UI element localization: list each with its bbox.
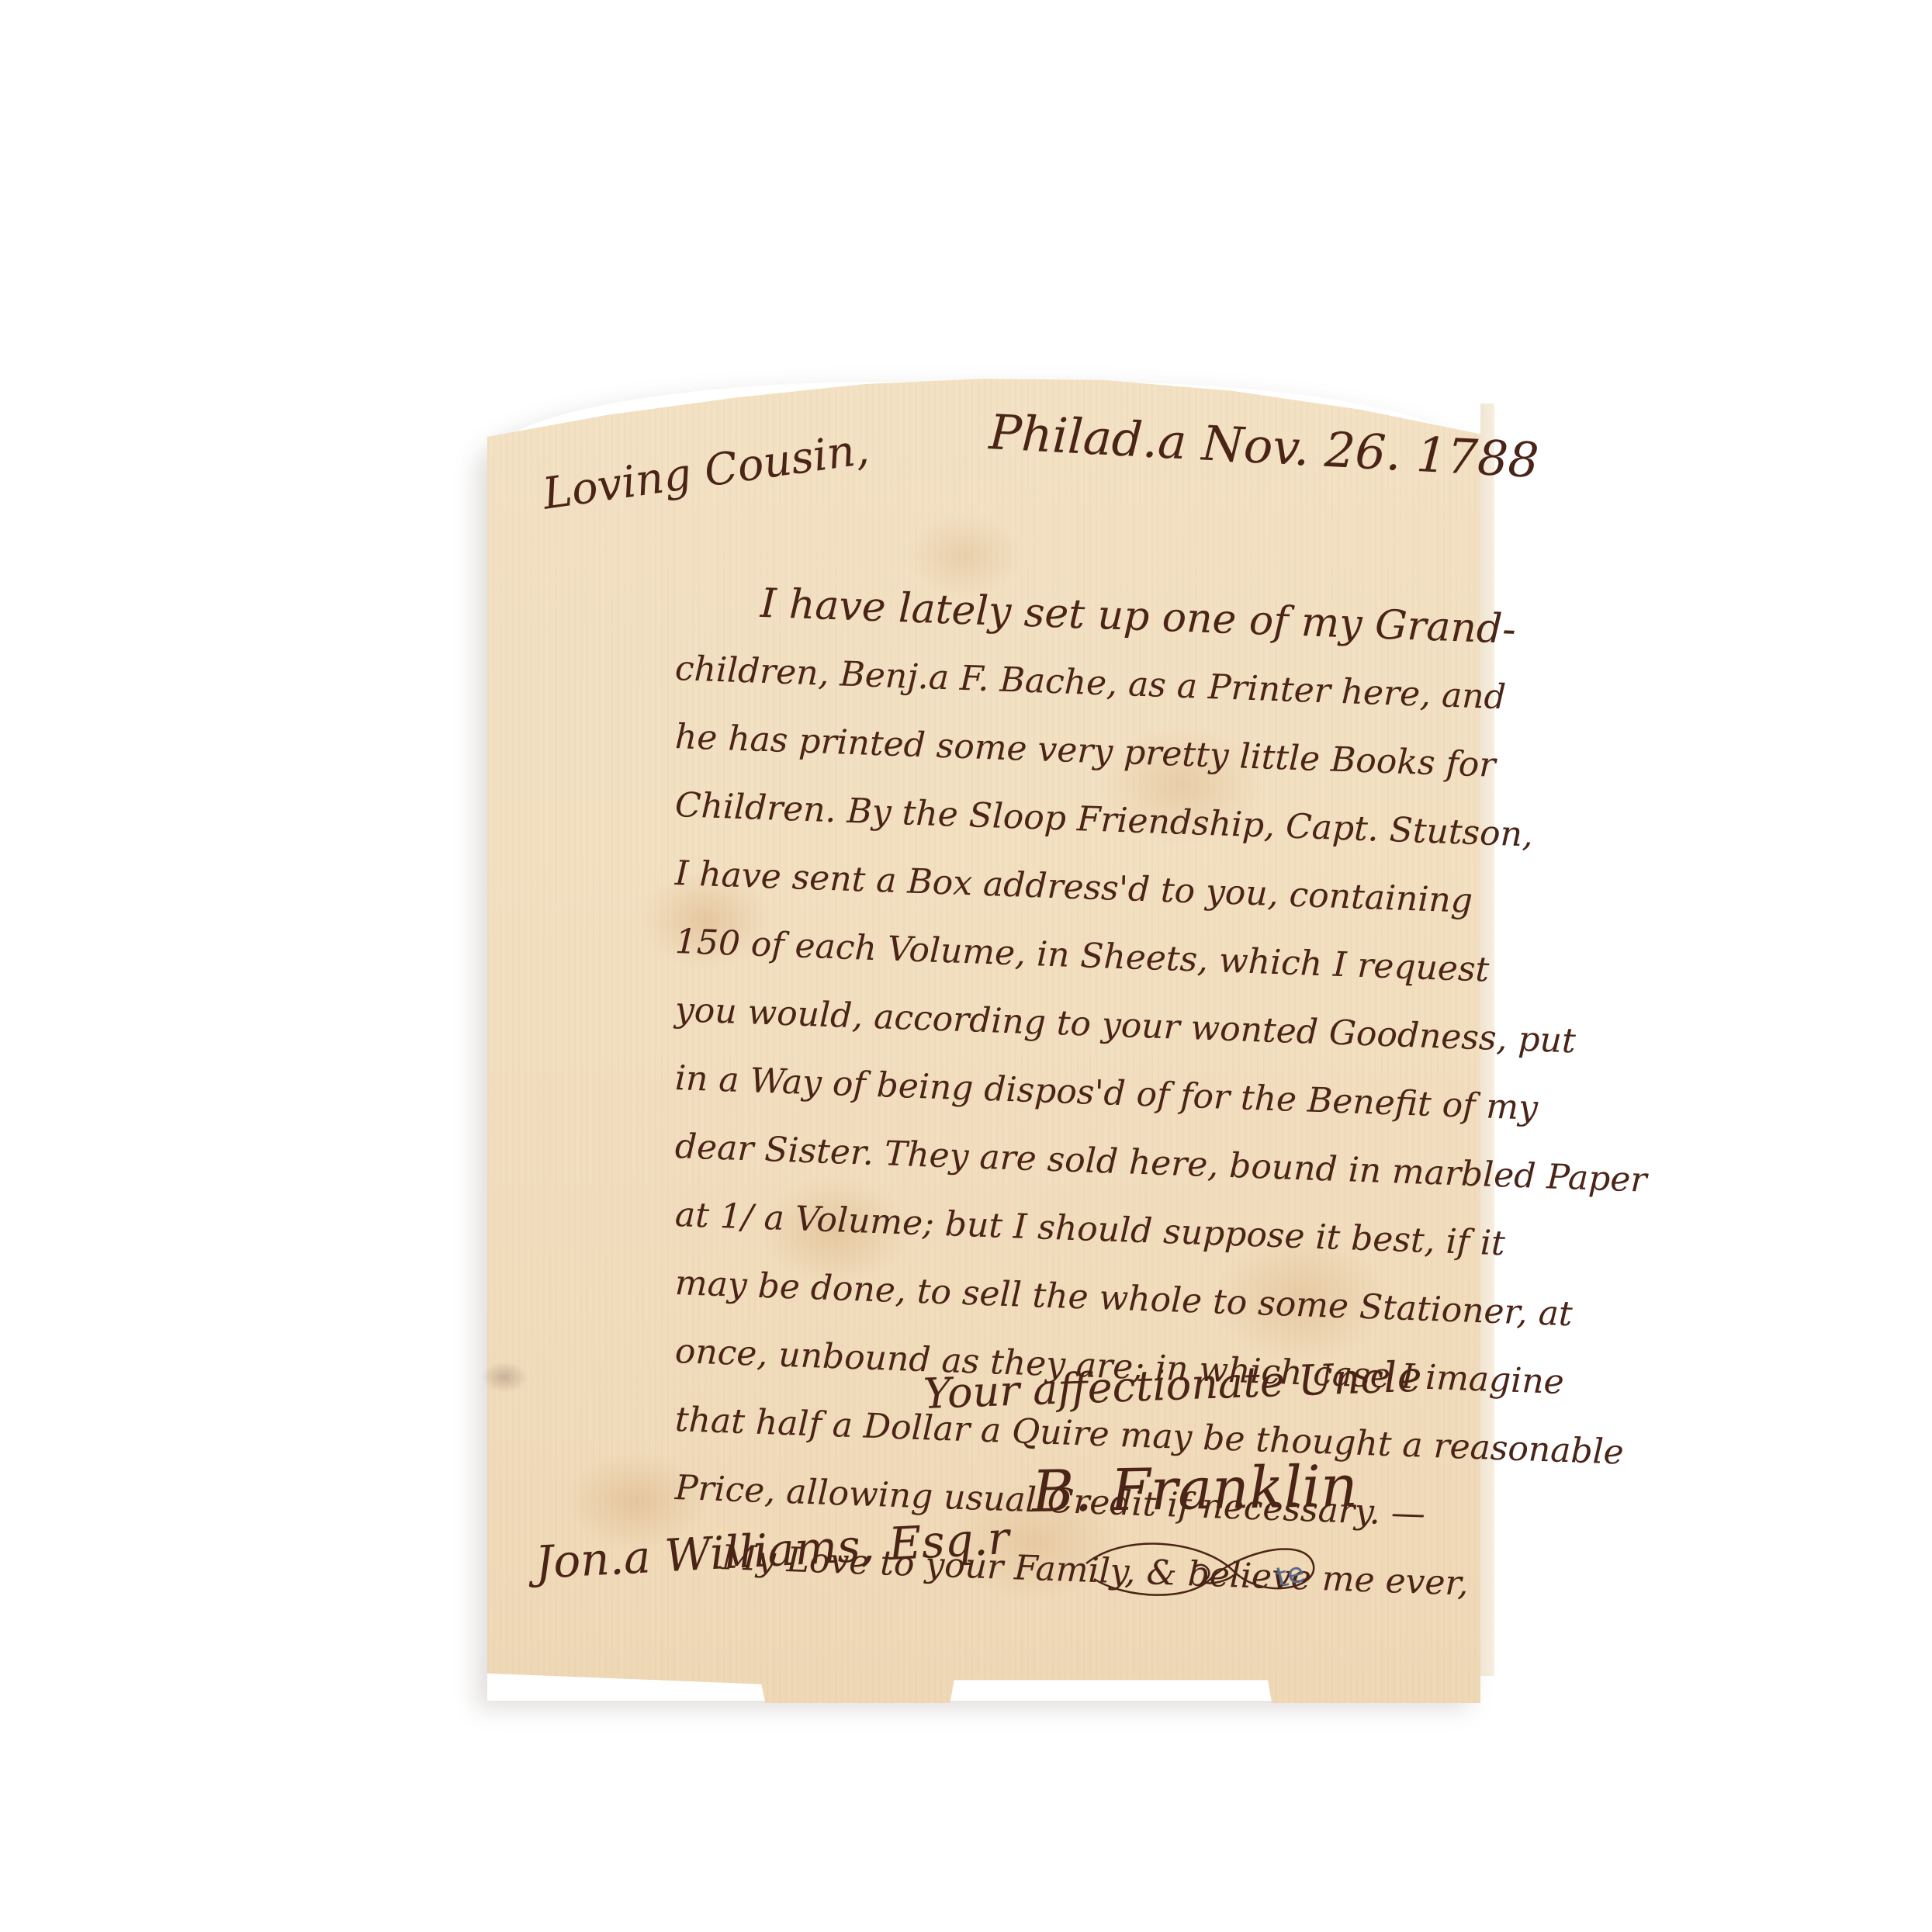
ink-smudge: [481, 1362, 528, 1393]
photo-stage: Philad.a Nov. 26. 1788 Loving Cousin, I …: [0, 0, 1932, 1932]
letter-body: I have lately set up one of my Grand- ch…: [675, 566, 1466, 1591]
signature: B. Franklin: [1031, 1453, 1358, 1525]
